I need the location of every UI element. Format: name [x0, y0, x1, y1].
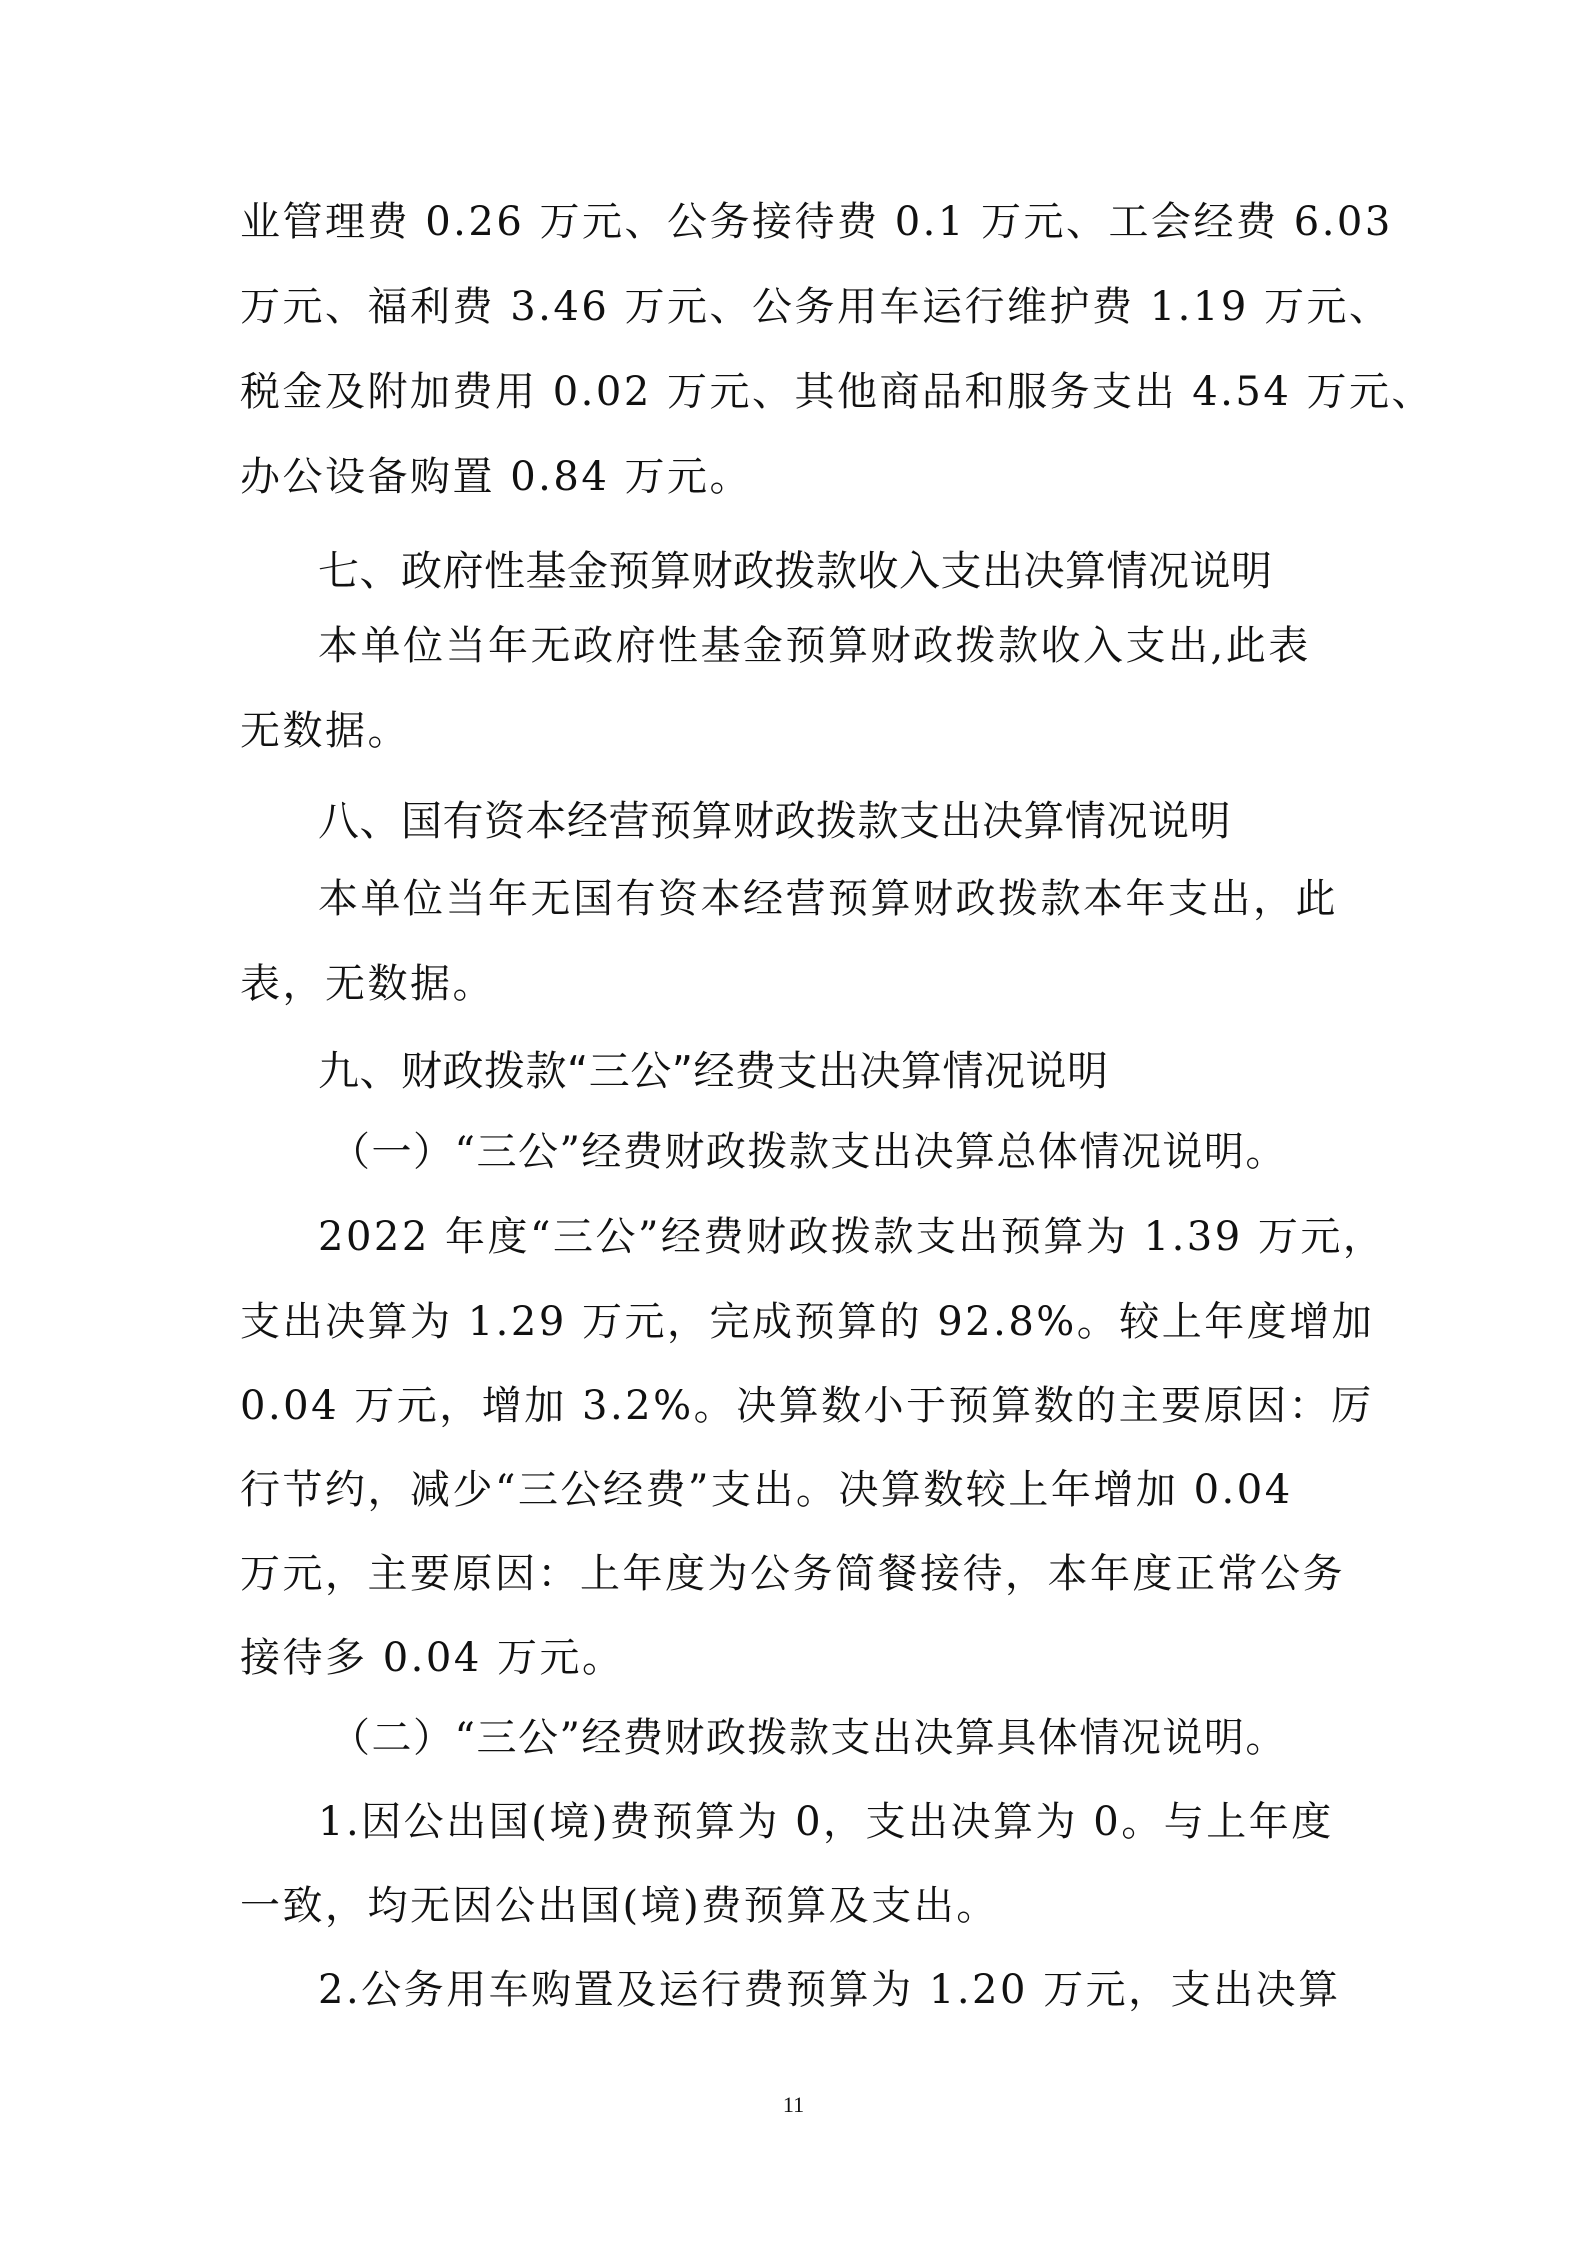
paragraph-line: 2.公务用车购置及运行费预算为 1.20 万元，支出决算	[318, 1964, 1341, 2016]
section-heading-9: 九、财政拨款“三公”经费支出决算情况说明	[318, 1045, 1108, 1097]
paragraph-line: 本单位当年无政府性基金预算财政拨款收入支出,此表	[318, 620, 1311, 672]
paragraph-line: 2022 年度“三公”经费财政拨款支出预算为 1.39 万元，	[318, 1211, 1385, 1263]
paragraph-line: 办公设备购置 0.84 万元。	[240, 451, 752, 503]
paragraph-line: 接待多 0.04 万元。	[240, 1632, 625, 1684]
paragraph-line: 无数据。	[240, 705, 410, 757]
section-heading-7: 七、政府性基金预算财政拨款收入支出决算情况说明	[318, 545, 1273, 597]
paragraph-line: 行节约，减少“三公经费”支出。决算数较上年增加 0.04	[240, 1464, 1293, 1516]
page-number: 11	[0, 2092, 1587, 2118]
paragraph-line: 本单位当年无国有资本经营预算财政拨款本年支出，此	[318, 873, 1338, 925]
subsection-heading-2: （二）“三公”经费财政拨款支出决算具体情况说明。	[330, 1712, 1287, 1764]
paragraph-line: 业管理费 0.26 万元、公务接待费 0.1 万元、工会经费 6.03	[240, 196, 1393, 248]
section-heading-8: 八、国有资本经营预算财政拨款支出决算情况说明	[318, 795, 1231, 847]
paragraph-line: 一致，均无因公出国(境)费预算及支出。	[240, 1880, 999, 1932]
subsection-heading-1: （一）“三公”经费财政拨款支出决算总体情况说明。	[330, 1126, 1287, 1178]
paragraph-line: 表，无数据。	[240, 958, 495, 1010]
paragraph-line: 万元，主要原因：上年度为公务简餐接待，本年度正常公务	[240, 1548, 1345, 1600]
paragraph-line: 0.04 万元，增加 3.2%。决算数小于预算数的主要原因：厉	[240, 1380, 1374, 1432]
paragraph-line: 1.因公出国(境)费预算为 0，支出决算为 0。与上年度	[318, 1796, 1334, 1848]
paragraph-line: 支出决算为 1.29 万元，完成预算的 92.8%。较上年度增加	[240, 1296, 1374, 1348]
document-page: 业管理费 0.26 万元、公务接待费 0.1 万元、工会经费 6.03 万元、福…	[0, 0, 1587, 2245]
paragraph-line: 税金及附加费用 0.02 万元、其他商品和服务支出 4.54 万元、	[240, 366, 1434, 418]
paragraph-line: 万元、福利费 3.46 万元、公务用车运行维护费 1.19 万元、	[240, 281, 1391, 333]
